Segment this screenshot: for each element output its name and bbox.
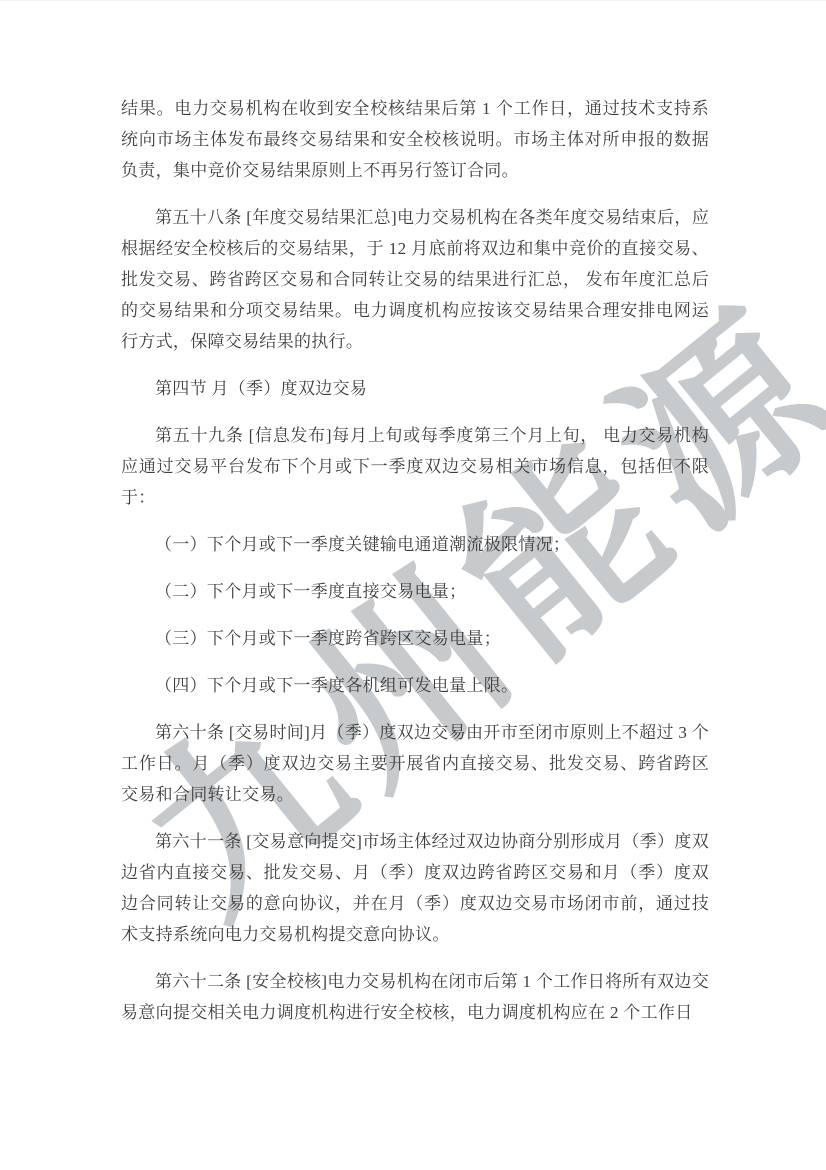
article-60-paragraph: 第六十条 [交易时间]月（季）度双边交易由开市至闭市原则上不超过 3 个工作日。… (121, 717, 709, 810)
document-page: 九州能源 结果。电力交易机构在收到安全校核结果后第 1 个工作日，通过技术支持系… (0, 0, 826, 1170)
article-59-paragraph: 第五十九条 [信息发布]每月上旬或每季度第三个月上旬， 电力交易机构应通过交易平… (121, 420, 709, 513)
continuation-paragraph: 结果。电力交易机构在收到安全校核结果后第 1 个工作日，通过技术支持系统向市场主… (121, 93, 709, 186)
list-item-2: （二）下个月或下一季度直接交易电量； (121, 576, 709, 607)
list-item-1: （一）下个月或下一季度关键输电通道潮流极限情况； (121, 529, 709, 560)
article-62-paragraph: 第六十二条 [安全校核]电力交易机构在闭市后第 1 个工作日将所有双边交易意向提… (121, 966, 709, 1028)
section-4-heading: 第四节 月（季）度双边交易 (121, 373, 709, 404)
document-body: 结果。电力交易机构在收到安全校核结果后第 1 个工作日，通过技术支持系统向市场主… (121, 93, 709, 1044)
list-item-3: （三）下个月或下一季度跨省跨区交易电量； (121, 623, 709, 654)
article-61-paragraph: 第六十一条 [交易意向提交]市场主体经过双边协商分别形成月（季）度双边省内直接交… (121, 826, 709, 950)
article-58-paragraph: 第五十八条 [年度交易结果汇总]电力交易机构在各类年度交易结束后，应根据经安全校… (121, 202, 709, 357)
list-item-4: （四）下个月或下一季度各机组可发电量上限。 (121, 670, 709, 701)
